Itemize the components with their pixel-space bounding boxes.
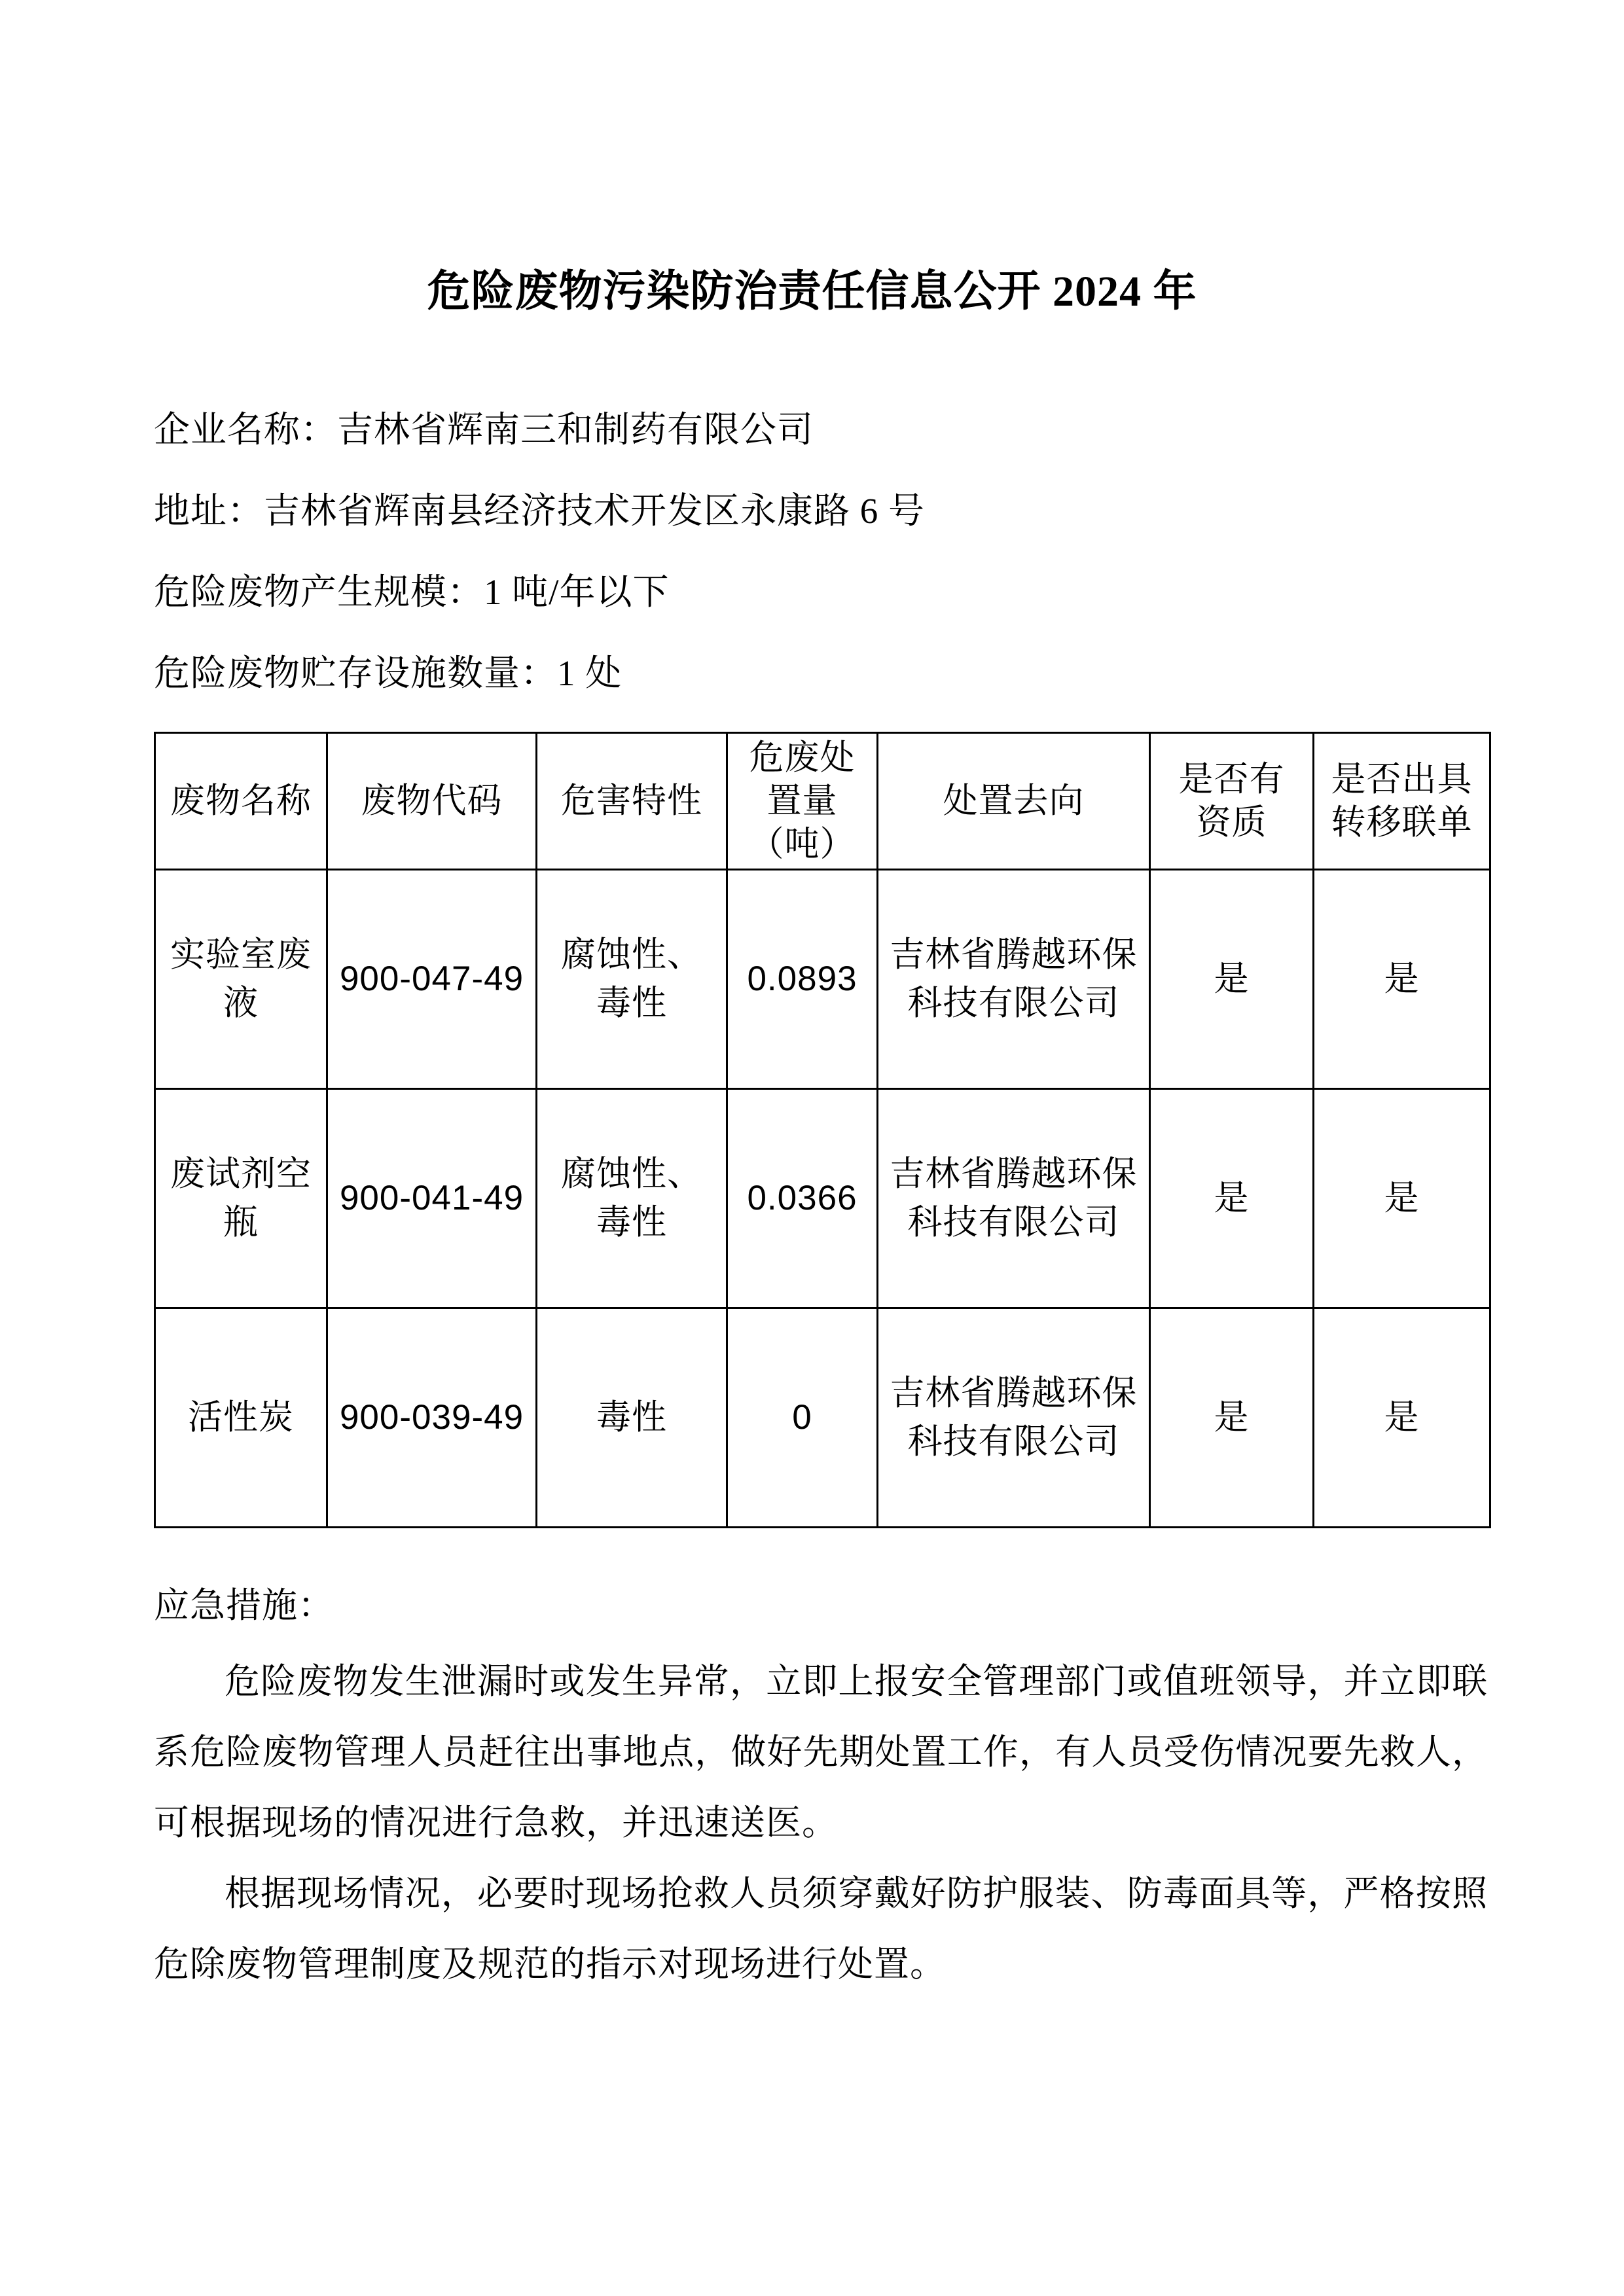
emergency-paragraph-2: 根据现场情况，必要时现场抢救人员须穿戴好防护服装、防毒面具等，严格按照危除废物管… — [154, 1858, 1488, 2000]
document-title: 危险废物污染防治责任信息公开 2024 年 — [0, 0, 1624, 317]
hazard-trait-cell: 腐蚀性、 毒性 — [537, 869, 727, 1088]
disposal-destination-cell: 吉林省腾越环保 科技有限公司 — [878, 1308, 1150, 1527]
waste-code-cell: 900-039-49 — [327, 1308, 537, 1527]
disposal-destination-cell: 吉林省腾越环保 科技有限公司 — [878, 869, 1150, 1088]
waste-scale-line: 危险废物产生规模：1 吨/年以下 — [154, 569, 1488, 615]
header-qualified: 是否有 资质 — [1150, 732, 1314, 869]
company-name-line: 企业名称：吉林省辉南三和制药有限公司 — [154, 407, 1488, 453]
disposal-amount-cell: 0 — [727, 1308, 878, 1527]
address-line: 地址：吉林省辉南县经济技术开发区永康路 6 号 — [154, 488, 1488, 534]
transfer-manifest-cell: 是 — [1314, 869, 1490, 1088]
disposal-amount-cell: 0.0366 — [727, 1088, 878, 1308]
disposal-amount-cell: 0.0893 — [727, 869, 878, 1088]
disposal-destination-cell: 吉林省腾越环保 科技有限公司 — [878, 1088, 1150, 1308]
waste-code-cell: 900-041-49 — [327, 1088, 537, 1308]
waste-code-cell: 900-047-49 — [327, 869, 537, 1088]
waste-name-cell: 废试剂空 瓶 — [155, 1088, 327, 1308]
header-hazard-trait: 危害特性 — [537, 732, 727, 869]
header-waste-code: 废物代码 — [327, 732, 537, 869]
header-disposal-destination: 处置去向 — [878, 732, 1150, 869]
qualified-cell: 是 — [1150, 1308, 1314, 1527]
emergency-paragraph-1: 危险废物发生泄漏时或发生异常，立即上报安全管理部门或值班领导，并立即联系危险废物… — [154, 1646, 1488, 1858]
storage-facility-line: 危险废物贮存设施数量：1 处 — [154, 651, 1488, 696]
table-row: 活性炭 900-039-49 毒性 0 吉林省腾越环保 科技有限公司 是 是 — [155, 1308, 1490, 1527]
header-transfer-manifest: 是否出具 转移联单 — [1314, 732, 1490, 869]
company-info-block: 企业名称：吉林省辉南三和制药有限公司 地址：吉林省辉南县经济技术开发区永康路 6… — [154, 407, 1488, 696]
qualified-cell: 是 — [1150, 1088, 1314, 1308]
hazardous-waste-table: 废物名称 废物代码 危害特性 危废处 置量 （吨） 处置去向 是否有 资质 是否… — [154, 732, 1491, 1528]
header-waste-name: 废物名称 — [155, 732, 327, 869]
table-header-row: 废物名称 废物代码 危害特性 危废处 置量 （吨） 处置去向 是否有 资质 是否… — [155, 732, 1490, 869]
document-content: 企业名称：吉林省辉南三和制药有限公司 地址：吉林省辉南县经济技术开发区永康路 6… — [154, 407, 1488, 2000]
header-disposal-amount: 危废处 置量 （吨） — [727, 732, 878, 869]
table-row: 废试剂空 瓶 900-041-49 腐蚀性、 毒性 0.0366 吉林省腾越环保… — [155, 1088, 1490, 1308]
waste-name-cell: 活性炭 — [155, 1308, 327, 1527]
qualified-cell: 是 — [1150, 869, 1314, 1088]
transfer-manifest-cell: 是 — [1314, 1308, 1490, 1527]
table-row: 实验室废 液 900-047-49 腐蚀性、 毒性 0.0893 吉林省腾越环保… — [155, 869, 1490, 1088]
hazard-trait-cell: 腐蚀性、 毒性 — [537, 1088, 727, 1308]
hazard-trait-cell: 毒性 — [537, 1308, 727, 1527]
emergency-measures-heading: 应急措施： — [154, 1582, 1488, 1629]
waste-name-cell: 实验室废 液 — [155, 869, 327, 1088]
document-page: 危险废物污染防治责任信息公开 2024 年 企业名称：吉林省辉南三和制药有限公司… — [0, 0, 1624, 2296]
transfer-manifest-cell: 是 — [1314, 1088, 1490, 1308]
